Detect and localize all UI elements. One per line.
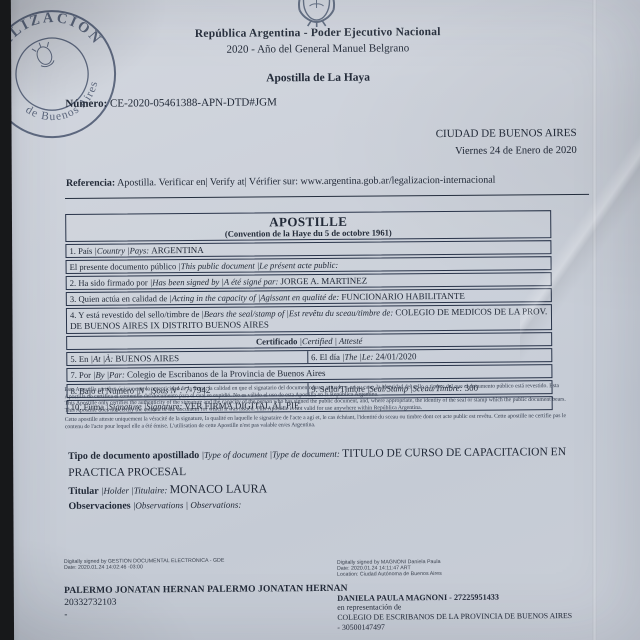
table-row-calidad: 3. Quien actúa en calidad de |Acting in …	[66, 288, 552, 306]
row-label-translation: |Has been signed by |A été signé par:	[148, 276, 281, 287]
city-date-block: CIUDAD DE BUENOS AIRES Viernes 24 de Ene…	[436, 125, 577, 160]
row-label: 5. En	[70, 354, 88, 364]
observations-line: Observaciones |Observations | Observatio…	[68, 500, 241, 512]
cell-en: 5. En |At |À: BUENOS AIRES	[67, 351, 307, 365]
row-label: 7. Por	[70, 370, 91, 380]
table-row-certificado: Certificado |Certified | Attesté	[66, 332, 552, 350]
table-row-pais: 1. País |Country |Pays: ARGENTINA	[65, 240, 551, 258]
disclaimer-french: Cette apostille atteste uniquement la vé…	[65, 412, 571, 430]
holder-line: Titular |Holder |Titulaire: MONACO LAURA	[68, 481, 267, 498]
row-label: El presente documento público	[70, 261, 177, 272]
apostille-disclaimer: Esta Apostilla certifica únicamente la a…	[65, 382, 571, 430]
date: Viernes 24 de Enero de 2020	[436, 142, 577, 160]
row-label-translation: |At |À:	[88, 354, 115, 364]
row-value: Colegio de Escribanos de la Provincia de…	[127, 368, 326, 380]
certificado-label: Certificado	[256, 336, 298, 346]
digital-signature-meta-left: Digitally signed by GESTION DOCUMENTAL E…	[64, 557, 341, 571]
referencia-label: Referencia:	[66, 178, 115, 189]
row-value: JORGE A. MARTINEZ	[280, 276, 367, 287]
table-row-sello: 4. Y está revestido del sello/timbre de …	[66, 304, 552, 334]
certificado-translation: |Certified | Attesté	[297, 336, 362, 347]
digi-right-line3: Location: Ciudad Autónoma de Buenos Aire…	[337, 569, 614, 577]
observaciones-translation: |Observations | Observations:	[131, 500, 242, 511]
digital-signature-meta-right: Digitally signed by MAGNONI Daniela Paul…	[337, 558, 614, 578]
reference-line: Referencia: Apostilla. Verificar en| Ver…	[66, 175, 496, 189]
city: CIUDAD DE BUENOS AIRES	[436, 125, 577, 143]
row-value: ARGENTINA	[151, 245, 204, 255]
numero-value: CE-2020-05461388-APN-DTD#JGM	[110, 96, 277, 109]
numero-label: Número:	[65, 98, 107, 110]
row-value: 24/01/2020	[375, 351, 416, 361]
table-row-presente: El presente documento público |This publ…	[66, 256, 552, 274]
referencia-value: Apostilla. Verificar en| Verify at| Véri…	[117, 175, 495, 189]
disclaimer-english: This Apostille only certifies the authen…	[65, 396, 571, 414]
signer-id-right: - 30500147497	[337, 621, 617, 633]
row-value: FUNCIONARIO HABILITANTE	[341, 291, 465, 302]
scanned-apostille-page: LEGALIZACION de Buenos Aires República A…	[0, 0, 640, 640]
table-row-por: 7. Por |By |Par: Colegio de Escribanos d…	[66, 364, 552, 382]
observaciones-label: Observaciones	[68, 500, 130, 511]
titular-label: Titular	[68, 486, 98, 497]
row-label: 3. Quien actúa en calidad de	[70, 293, 167, 304]
digi-left-line2: Date: 2020.01.24 14:02:46 -03:00	[64, 563, 341, 571]
signature-block-right: Digitally signed by MAGNONI Daniela Paul…	[337, 558, 618, 634]
row-label: 1. País	[69, 246, 92, 256]
document-number-line: Número: CE-2020-05461388-APN-DTD#JGM	[65, 96, 277, 110]
row-label: 4. Y está revestido del sello/timbre de	[70, 309, 200, 320]
argentina-coat-of-arms-icon	[287, 0, 345, 30]
document-type-line: Tipo de documento apostillado |Type of d…	[68, 444, 578, 482]
row-label-translation: |Acting in the capacity of |Agissant en …	[167, 292, 341, 303]
tipo-translation: |Type of document |Type de document:	[199, 449, 342, 460]
row-label: 2. Ha sido firmado por	[70, 277, 148, 288]
row-label-translation: |Country |Pays:	[92, 245, 151, 255]
row-label-translation: |Bears the seal/stamp of |Est revêtu du …	[199, 307, 395, 319]
row-label: 6. El día	[311, 352, 340, 362]
titular-value: MONACO LAURA	[170, 481, 268, 496]
row-value: BUENOS AIRES	[115, 353, 179, 364]
titular-translation: |Holder |Titulaire:	[99, 485, 170, 496]
cell-dia: 6. El día |The |Le: 24/01/2020	[307, 349, 551, 363]
apostille-table-header: APOSTILLE (Convention de la Haye du 5 de…	[65, 210, 551, 242]
row-label-translation: |This public document |Le présent acte p…	[176, 260, 338, 271]
table-row-firmado: 2. Ha sido firmado por |Has been signed …	[66, 272, 552, 290]
tipo-label: Tipo de documento apostillado	[68, 450, 199, 462]
page-content: LEGALIZACION de Buenos Aires República A…	[0, 0, 640, 640]
table-row-en-dia: 5. En |At |À: BUENOS AIRES 6. El día |Th…	[66, 348, 552, 366]
row-label-translation: |By |Par:	[91, 370, 127, 380]
horizontal-rule	[65, 194, 589, 199]
row-label-translation: |The |Le:	[340, 352, 376, 362]
